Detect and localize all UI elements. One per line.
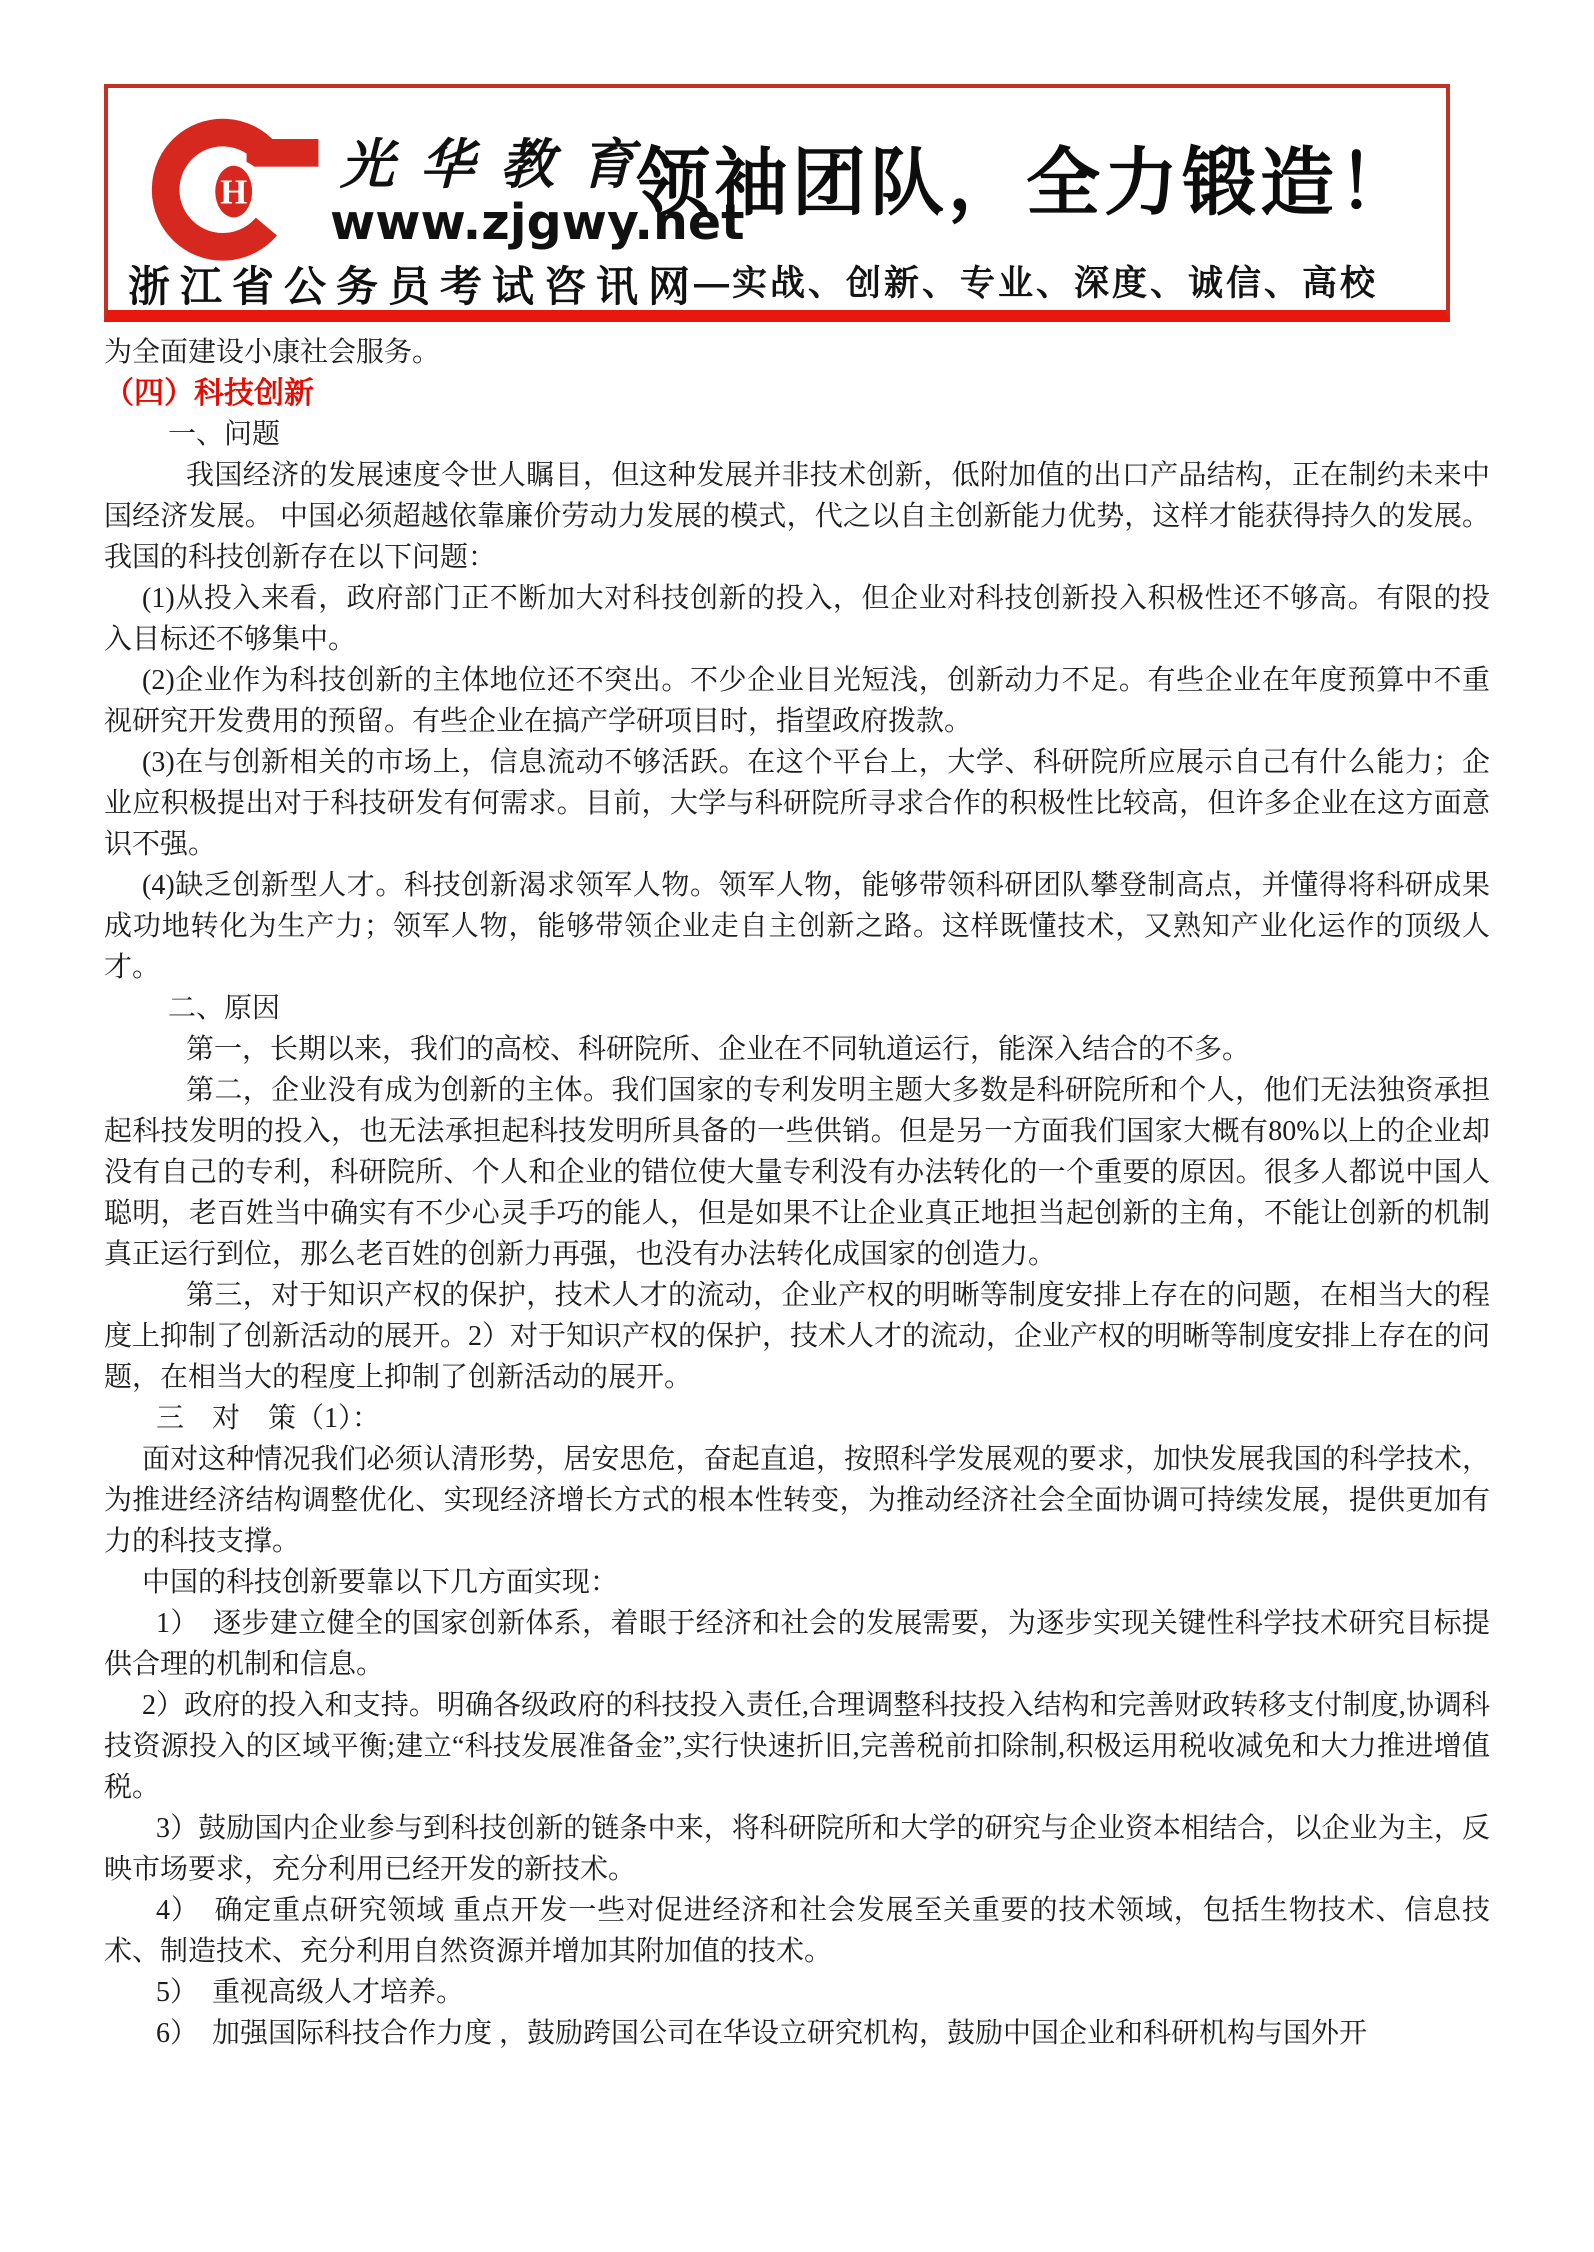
heading-countermeasures: 三 对 策（1）： <box>104 1398 1490 1439</box>
brand-name: 光华教育 <box>340 122 660 199</box>
para-problem-4: (4)缺乏创新型人才。科技创新渴求领军人物。领军人物，能够带领科研团队攀登制高点… <box>104 865 1490 988</box>
para-overview: 我国经济的发展速度令世人瞩目，但这种发展并非技术创新，低附加值的出口产品结构，正… <box>104 455 1490 578</box>
site-name: 浙江省公务员考试咨讯网 <box>128 254 700 314</box>
para-cause-1: 第一，长期以来，我们的高校、科研院所、企业在不同轨道运行，能深入结合的不多。 <box>104 1029 1490 1070</box>
para-measure-2: 2）政府的投入和支持。明确各级政府的科技投入责任,合理调整科技投入结构和完善财政… <box>104 1685 1490 1808</box>
para-measure-3: 3）鼓励国内企业参与到科技创新的链条中来，将科研院所和大学的研究与企业资本相结合… <box>104 1808 1490 1890</box>
para-measure-4: 4） 确定重点研究领域 重点开发一些对促进经济和社会发展至关重要的技术领域，包括… <box>104 1890 1490 1972</box>
letterhead: H 光华教育 www.zjgwy.net 浙江省公务员考试咨讯网 领袖团队，全力… <box>104 84 1450 322</box>
logo-letter: H <box>220 173 247 212</box>
para-problem-1: (1)从投入来看，政府部门正不断加大对科技创新的投入，但企业对科技创新投入积极性… <box>104 578 1490 660</box>
heading-section-4: （四）科技创新 <box>104 373 1490 414</box>
para-problem-2: (2)企业作为科技创新的主体地位还不突出。不少企业目光短浅，创新动力不足。有些企… <box>104 660 1490 742</box>
para-measure-1: 1） 逐步建立健全的国家创新体系，着眼于经济和社会的发展需要，为逐步实现关键性科… <box>104 1603 1490 1685</box>
para-measure-6: 6） 加强国际科技合作力度 ，鼓励跨国公司在华设立研究机构，鼓励中国企业和科研机… <box>104 2013 1490 2054</box>
slogan: 领袖团队，全力锻造！ <box>636 124 1416 230</box>
para-countermeasure-intro: 面对这种情况我们必须认清形势，居安思危，奋起直追，按照科学发展观的要求，加快发展… <box>104 1439 1490 1562</box>
tagline: —实战、创新、专业、深度、诚信、高校 <box>694 256 1378 306</box>
heading-causes: 二、原因 <box>104 988 1490 1029</box>
para-cause-2: 第二，企业没有成为创新的主体。我们国家的专利发明主题大多数是科研院所和个人，他们… <box>104 1070 1490 1275</box>
para-problem-3: (3)在与创新相关的市场上，信息流动不够活跃。在这个平台上，大学、科研院所应展示… <box>104 742 1490 865</box>
para-countermeasure-lead: 中国的科技创新要靠以下几方面实现： <box>104 1562 1490 1603</box>
para-measure-5: 5） 重视高级人才培养。 <box>104 1972 1490 2013</box>
para-carryover: 为全面建设小康社会服务。 <box>104 332 1490 373</box>
para-cause-3: 第三，对于知识产权的保护，技术人才的流动，企业产权的明晰等制度安排上存在的问题，… <box>104 1275 1490 1398</box>
guanghua-logo-icon: H <box>134 116 326 268</box>
document-body: 为全面建设小康社会服务。 （四）科技创新 一、问题 我国经济的发展速度令世人瞩目… <box>104 332 1490 2054</box>
heading-problems: 一、问题 <box>104 414 1490 455</box>
document-page: H 光华教育 www.zjgwy.net 浙江省公务员考试咨讯网 领袖团队，全力… <box>0 0 1594 2252</box>
